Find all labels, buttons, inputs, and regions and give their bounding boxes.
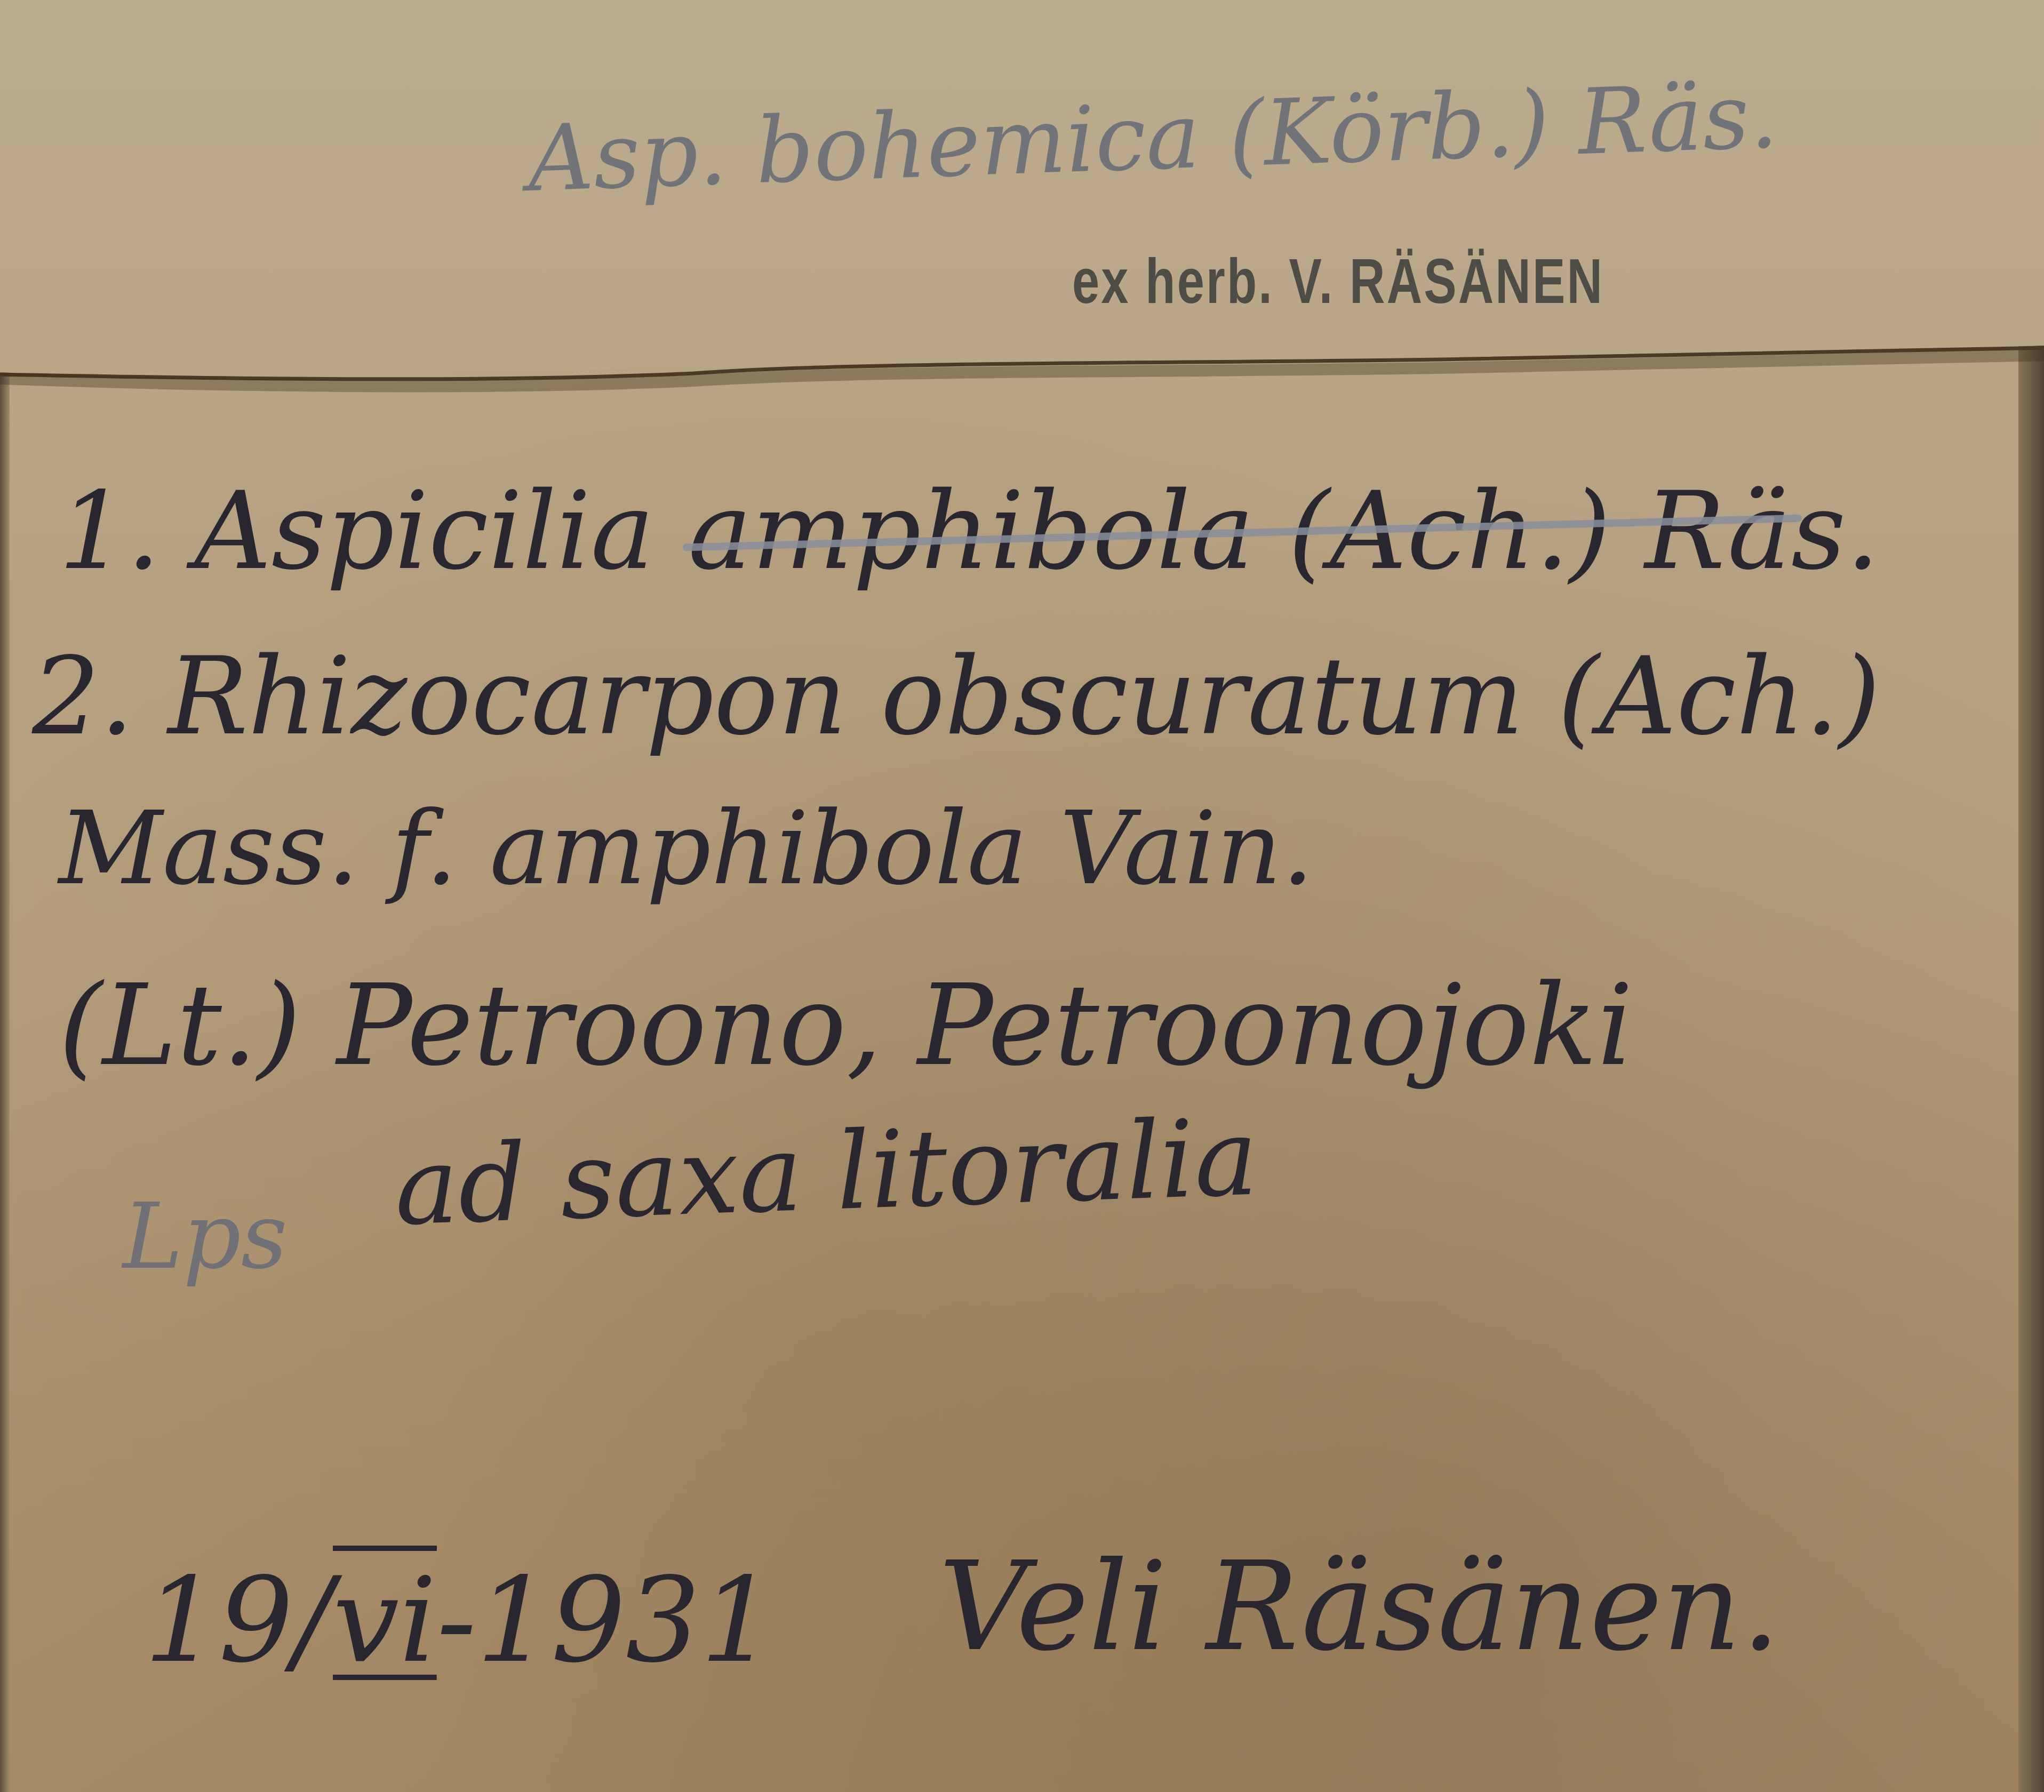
entry-1-struck-epithet: amphibola (Ach.) Rä xyxy=(688,469,1791,594)
entry-1-genus: Aspicilia xyxy=(194,469,654,594)
entry-1-tail: s. xyxy=(1791,469,1880,594)
collection-date: 19/vi-1931 xyxy=(144,1552,775,1689)
date-year: -1931 xyxy=(437,1552,775,1689)
locality-line: (Lt.) Petroono, Petroonojoki xyxy=(59,960,1633,1091)
entry-line-3: Mass. f. amphibola Vain. xyxy=(59,789,1314,907)
pencil-margin-note: Lps xyxy=(123,1184,288,1290)
collector-signature: Veli Räsänen. xyxy=(939,1536,1780,1678)
region-code: (Lt.) xyxy=(59,960,301,1091)
date-day: 19/ xyxy=(144,1552,333,1689)
date-month-roman: vi xyxy=(333,1546,437,1689)
herbarium-stamp: ex herb. V. RÄSÄNEN xyxy=(1072,245,1604,318)
struck-text: amphibola (Ach.) Rä xyxy=(688,469,1791,594)
entry-1-number: 1. xyxy=(59,469,161,594)
flap-fold-edge xyxy=(0,341,2044,395)
specimen-label: Asp. bohemica (Körb.) Räs. ex herb. V. R… xyxy=(0,0,2044,1792)
entry-line-2: 2. Rhizocarpon obscuratum (Ach.) xyxy=(32,635,1880,759)
locality-name: Petroono, Petroonojoki xyxy=(337,960,1633,1091)
entry-line-1: 1. Aspicilia amphibola (Ach.) Räs. xyxy=(59,469,1880,594)
habitat-line: ad saxa litoralia xyxy=(393,1095,1260,1250)
